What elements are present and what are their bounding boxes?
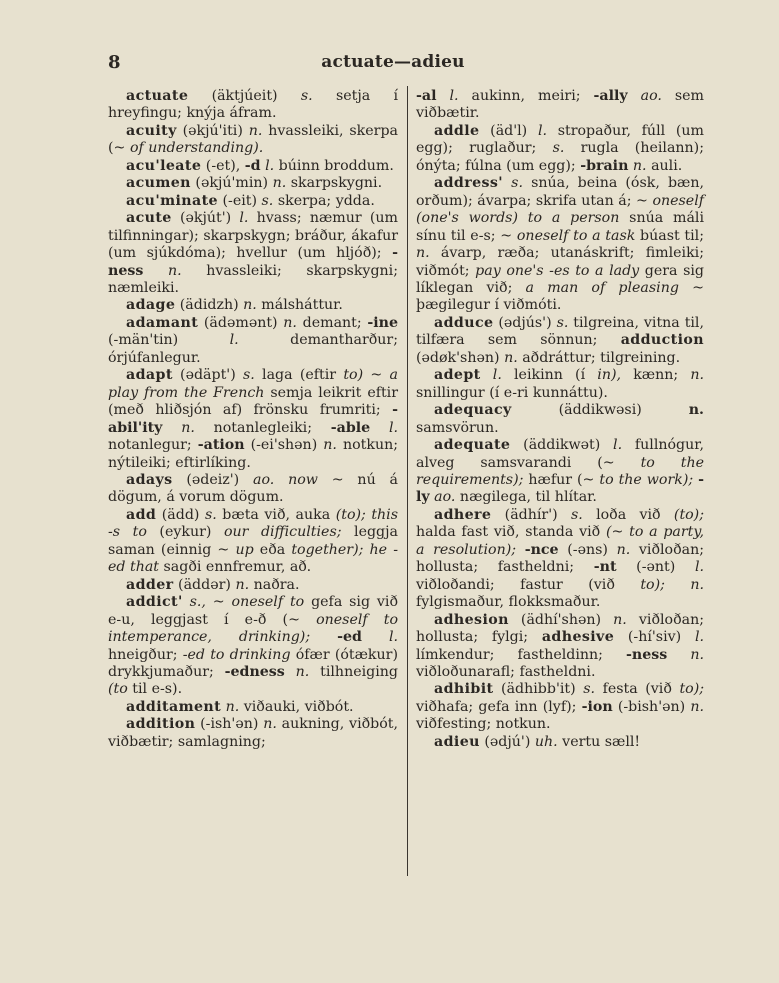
italic-text: ~ up	[217, 542, 253, 558]
italic-text: n.	[249, 123, 263, 139]
definition-text	[285, 664, 296, 680]
definition-text: (-ei'shən)	[245, 437, 324, 453]
italic-text: l.	[695, 559, 704, 575]
definition-text: leikinn (í	[502, 367, 597, 383]
dictionary-entry: adamant (ädəmənt) n. demant; -ine (-män'…	[108, 315, 398, 367]
dictionary-entry: adequacy (äddikwəsi) n. sams­vörun.	[416, 402, 704, 437]
definition-text	[162, 420, 181, 436]
italic-text: n.	[323, 437, 337, 453]
definition-text	[436, 88, 449, 104]
definition-text: (-ish'ən)	[195, 716, 263, 732]
definition-text: viðfesting; notkun.	[416, 716, 551, 732]
definition-text: kænn;	[621, 367, 690, 383]
definition-text: snillingur (í e-ri kunnáttu).	[416, 385, 608, 401]
definition-text	[628, 88, 641, 104]
column-divider	[407, 86, 408, 876]
dictionary-entry: adder (äddər) n. naðra.	[108, 577, 398, 594]
italic-text: n.	[273, 175, 287, 191]
italic-text: n.	[633, 158, 647, 174]
headword: acute	[126, 210, 172, 226]
bold-subentry: -d	[245, 158, 261, 174]
bold-subentry: -al	[416, 88, 436, 104]
definition-text: not­anlegleiki;	[195, 420, 331, 436]
italic-text: ~ oneself to a task	[500, 228, 635, 244]
bold-subentry: -ed	[337, 629, 362, 645]
dictionary-entry: adequate (äddikwət) l. full­nógur, alveg…	[416, 437, 704, 507]
italic-text: to);	[679, 681, 704, 697]
definition-text: viðauki, viðbót.	[239, 699, 353, 715]
dictionary-entry: adhere (ädhír') s. loða við (to); halda …	[416, 507, 704, 612]
headword: addition	[126, 716, 195, 732]
italic-text: s.	[243, 367, 255, 383]
italic-text: n.	[235, 577, 249, 593]
italic-text: n.	[283, 315, 297, 331]
definition-text: vertu sæll!	[558, 734, 640, 750]
italic-text: s.	[205, 507, 217, 523]
definition-text	[370, 420, 389, 436]
italic-text: s.	[262, 193, 274, 209]
bold-subentry: -ation	[198, 437, 245, 453]
headword: adequacy	[434, 402, 512, 418]
headword: adage	[126, 297, 175, 313]
headword: adays	[126, 472, 173, 488]
definition-text: (-bish'ən)	[613, 699, 691, 715]
italic-text: l.	[389, 420, 398, 436]
italic-text: l.	[230, 332, 239, 348]
dictionary-entry: addition (-ish'ən) n. aukning, viðbót, v…	[108, 716, 398, 751]
dictionary-entry: address' s. snúa, beina (ósk, bæn, orðum…	[416, 175, 704, 315]
italic-text: n.	[690, 367, 704, 383]
italic-text: -ed to drinking	[183, 647, 291, 663]
dictionary-entry: adays (ədeiz') ao. now ~ nú á dögum, á v…	[108, 472, 398, 507]
definition-text: (äddikwət)	[510, 437, 613, 453]
definition-text: tilhneiging	[309, 664, 398, 680]
dictionary-entry: actuate (äktjúeit) s. setja í hreyfingu;…	[108, 88, 398, 123]
definition-text: demant;	[297, 315, 367, 331]
dictionary-entry: adhesion (ädhí'shən) n. við­loðan; hollu…	[416, 612, 704, 682]
definition-text: (ədjú')	[480, 734, 535, 750]
definition-text: (əkjút')	[172, 210, 240, 226]
definition-text: (-əns)	[559, 542, 617, 558]
italic-text: our diffi­culties;	[224, 524, 342, 540]
definition-text: festa (við	[595, 681, 679, 697]
definition-text: notanlegur;	[108, 437, 198, 453]
definition-text: þægilegur í viðmóti.	[416, 297, 561, 313]
definition-text: viðloð­andi; fastur (við	[416, 577, 640, 593]
definition-text	[516, 542, 525, 558]
italic-text: pay one's -es to a lady	[475, 263, 639, 279]
definition-text: málsháttur.	[257, 297, 343, 313]
definition-text: nægilega, til hlítar.	[455, 489, 597, 505]
italic-text: n.	[243, 297, 257, 313]
definition-text: (əkjú'iti)	[177, 123, 249, 139]
italic-text: ~ of understanding).	[114, 140, 264, 156]
italic-text: ao. now ~	[253, 472, 344, 488]
italic-text: uh.	[535, 734, 558, 750]
definition-text: (ädhír')	[491, 507, 571, 523]
definition-text	[183, 594, 190, 610]
dictionary-entry: acuity (əkjú'iti) n. hvassleiki, skerpa …	[108, 123, 398, 158]
headword: adieu	[434, 734, 480, 750]
italic-text: n.	[690, 699, 704, 715]
headword: adamant	[126, 315, 198, 331]
definition-text: (-män'tin)	[108, 332, 230, 348]
bold-subentry: -ally	[594, 88, 628, 104]
definition-text: (əkjú'min)	[191, 175, 273, 191]
dictionary-entry: adept l. leikinn (í in), kænn; n. snilli…	[416, 367, 704, 402]
bold-subentry: n.	[689, 402, 704, 418]
headword: adept	[434, 367, 481, 383]
definition-text	[481, 367, 493, 383]
italic-text: ~ to the work);	[583, 472, 694, 488]
italic-text: n.	[263, 716, 277, 732]
italic-text: l.	[493, 367, 502, 383]
definition-text: (äd'l)	[479, 123, 537, 139]
italic-text: s.	[583, 681, 595, 697]
italic-text: n.	[690, 647, 704, 663]
italic-text: n.	[416, 245, 430, 261]
definition-text	[667, 647, 690, 663]
definition-text: búinn broddum.	[274, 158, 394, 174]
definition-text: naðra.	[249, 577, 299, 593]
headword: adequate	[434, 437, 510, 453]
definition-text: viðloðunarafl; fast­heldni.	[416, 664, 595, 680]
headword: adduce	[434, 315, 493, 331]
headword: adhere	[434, 507, 491, 523]
definition-text: (-eit)	[218, 193, 262, 209]
definition-text: bæta við, auka	[217, 507, 336, 523]
italic-text: l.	[538, 123, 547, 139]
definition-text: (ədäpt')	[173, 367, 243, 383]
dictionary-entry: acumen (əkjú'min) n. skarp­skygni.	[108, 175, 398, 192]
definition-text: (ədjús')	[493, 315, 556, 331]
dictionary-entry: acu'minate (-eit) s. skerpa; ydda.	[108, 193, 398, 210]
italic-text: n.	[296, 664, 310, 680]
italic-text: s.	[511, 175, 523, 191]
italic-text: s., ~ oneself to	[190, 594, 305, 610]
definition-text: halda fast við, standa við	[416, 524, 606, 540]
italic-text: s.	[557, 315, 569, 331]
definition-text: (-ənt)	[617, 559, 695, 575]
headword: acu'leate	[126, 158, 201, 174]
definition-text: (ädidzh)	[175, 297, 243, 313]
dictionary-entry: addict' s., ~ oneself to gefa sig við e-…	[108, 594, 398, 699]
definition-text: skerpa; ydda.	[273, 193, 375, 209]
headword: adhesion	[434, 612, 509, 628]
definition-text: (ädhí'shən)	[509, 612, 613, 628]
italic-text: a man of pleasing ~	[526, 280, 704, 296]
dictionary-entry: adapt (ədäpt') s. laga (eftir to) ~ a pl…	[108, 367, 398, 472]
dictionary-entry: add (ädd) s. bæta við, auka (to); this -…	[108, 507, 398, 577]
definition-text: (ədøk'shən)	[416, 350, 504, 366]
definition-text: (-et),	[201, 158, 245, 174]
bold-subentry: -brain	[580, 158, 628, 174]
definition-text: eða	[254, 542, 292, 558]
definition-text: fylgis­maður, flokksmaður.	[416, 594, 600, 610]
italic-text: n.	[617, 542, 631, 558]
definition-text: loða við	[583, 507, 674, 523]
bold-subentry: -ine	[367, 315, 398, 331]
headword: addict'	[126, 594, 183, 610]
definition-text: hneigður;	[108, 647, 183, 663]
bold-subentry: -able	[331, 420, 370, 436]
bold-subentry: -nt	[594, 559, 617, 575]
bold-subentry: -ion	[582, 699, 613, 715]
definition-text: sams­vörun.	[416, 420, 499, 436]
dictionary-entry: acu'leate (-et), -d l. búinn broddum.	[108, 158, 398, 175]
definition-text	[143, 263, 168, 279]
definition-text: (äktjúeit)	[188, 88, 301, 104]
bold-subentry: -ness	[626, 647, 667, 663]
entry-continuation: -al l. aukinn, meiri; -ally ao. sem viðb…	[416, 88, 704, 123]
headword: acumen	[126, 175, 191, 191]
italic-text: (to);	[674, 507, 704, 523]
italic-text: s.	[301, 88, 313, 104]
italic-text: n.	[168, 263, 182, 279]
dictionary-entry: acute (əkjút') l. hvass; næm­ur (um tilf…	[108, 210, 398, 297]
italic-text: n.	[226, 699, 240, 715]
definition-text: (äddər)	[174, 577, 236, 593]
dictionary-entry: adieu (ədjú') uh. vertu sæll!	[416, 734, 704, 751]
italic-text: s.	[553, 140, 565, 156]
italic-text: to); n.	[640, 577, 704, 593]
headword: acu'minate	[126, 193, 218, 209]
definition-text: laga (eftir	[255, 367, 344, 383]
headword: actuate	[126, 88, 188, 104]
headword: adder	[126, 577, 174, 593]
headword: adhibit	[434, 681, 493, 697]
italic-text: s.	[571, 507, 583, 523]
definition-text: skarp­skygni.	[286, 175, 382, 191]
italic-text: l.	[449, 88, 458, 104]
definition-text: (äddikwəsi)	[512, 402, 689, 418]
dictionary-entry: adduce (ədjús') s. tilgreina, vitna til,…	[416, 315, 704, 367]
definition-text: sagði ennfremur, að.	[159, 559, 311, 575]
dictionary-entry: adhibit (ädhibb'it) s. festa (við to); v…	[416, 681, 704, 733]
definition-text: til e-s).	[128, 681, 182, 697]
headword: adapt	[126, 367, 173, 383]
definition-text: límkendur; fastheld­inn;	[416, 647, 626, 663]
definition-text: hæfur (	[523, 472, 582, 488]
italic-text: l.	[265, 158, 274, 174]
italic-text: n.	[181, 420, 195, 436]
headword: add	[126, 507, 156, 523]
dictionary-entry: addle (äd'l) l. stropaður, fúll (um egg)…	[416, 123, 704, 175]
definition-text: búast til;	[635, 228, 704, 244]
definition-text	[503, 175, 511, 191]
definition-text: (ädəmənt)	[198, 315, 283, 331]
definition-text: (ädhibb'it)	[493, 681, 583, 697]
definition-text: aukinn, meiri;	[459, 88, 594, 104]
definition-text	[310, 629, 337, 645]
italic-text: l.	[613, 437, 622, 453]
definition-text	[362, 629, 389, 645]
page-header: 8 actuate—adieu	[108, 52, 678, 82]
bold-subentry: -nce	[525, 542, 559, 558]
headword: addle	[434, 123, 479, 139]
left-column: actuate (äktjúeit) s. setja í hreyfingu;…	[108, 88, 398, 751]
headword: address'	[434, 175, 503, 191]
headword: adhesive	[542, 629, 614, 645]
definition-text: (-hí'siv)	[614, 629, 695, 645]
running-head: actuate—adieu	[108, 52, 678, 72]
italic-text: l.	[695, 629, 704, 645]
headword: adduction	[621, 332, 704, 348]
italic-text: l.	[389, 629, 398, 645]
definition-text: að­dráttur; tilgreining.	[518, 350, 680, 366]
right-column: -al l. aukinn, meiri; -ally ao. sem viðb…	[416, 88, 704, 751]
italic-text: n.	[504, 350, 518, 366]
italic-text: (to	[108, 681, 128, 697]
definition-text: (ədeiz')	[173, 472, 253, 488]
bold-subentry: -edness	[225, 664, 285, 680]
dictionary-entry: adage (ädidzh) n. málsháttur.	[108, 297, 398, 314]
italic-text: in),	[597, 367, 621, 383]
definition-text: auli.	[647, 158, 683, 174]
definition-text: (eykur)	[147, 524, 224, 540]
italic-text: ao.	[641, 88, 662, 104]
italic-text: ao.	[434, 489, 455, 505]
definition-text: (ädd)	[156, 507, 205, 523]
dictionary-page: 8 actuate—adieu actuate (äktjúeit) s. se…	[0, 0, 779, 983]
italic-text: n.	[613, 612, 627, 628]
headword: acuity	[126, 123, 177, 139]
headword: additament	[126, 699, 221, 715]
dictionary-entry: additament n. viðauki, viðbót.	[108, 699, 398, 716]
definition-text: viðhafa; gefa inn (lyf);	[416, 699, 582, 715]
